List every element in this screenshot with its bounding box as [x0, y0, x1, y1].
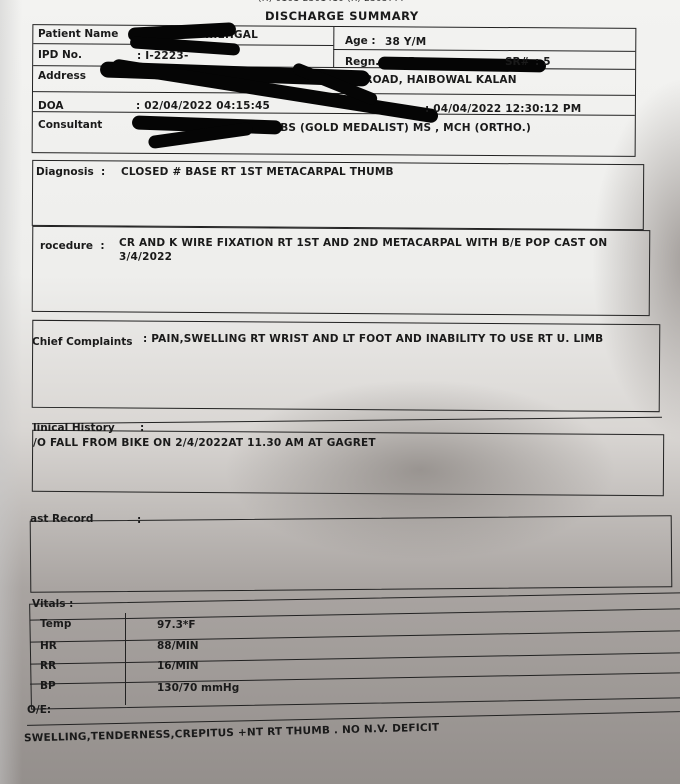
patient-info-box — [32, 24, 637, 157]
age-value: 38 Y/M — [385, 36, 426, 48]
vital-value-temp: 97.3*F — [157, 619, 196, 631]
vital-name-hr: HR — [40, 640, 57, 652]
examination-label: O/E: — [27, 704, 51, 716]
vital-name-bp: BP — [40, 680, 56, 692]
consultant-value: BBS (GOLD MEDALIST) MS , MCH (ORTHO.) — [272, 122, 531, 134]
dod-value: : 04/04/2022 12:30:12 PM — [425, 103, 581, 115]
complaints-label: Chief Complaints — [32, 336, 133, 348]
complaints-value: : PAIN,SWELLING RT WRIST AND LT FOOT AND… — [143, 333, 603, 345]
ipd-label: IPD No. — [38, 49, 82, 61]
procedure-label: rocedure : — [40, 240, 105, 252]
age-label: Age : — [345, 35, 376, 47]
vital-name-rr: RR — [40, 660, 56, 672]
doa-value: : 02/04/2022 04:15:45 — [136, 100, 270, 112]
doa-label: DOA — [38, 100, 64, 112]
sr-value: : 5 — [535, 56, 551, 68]
vital-name-temp: Temp — [40, 618, 71, 630]
procedure-value-line2: 3/4/2022 — [119, 251, 172, 263]
vital-value-rr: 16/MIN — [157, 660, 199, 672]
past-record-box — [30, 515, 673, 593]
past-record-colon: : — [137, 514, 141, 526]
ipd-value: : I-2223- — [137, 50, 189, 62]
history-label: linical History — [33, 422, 115, 434]
vital-value-hr: 88/MIN — [157, 640, 199, 652]
address-label: Address — [38, 70, 86, 82]
diagnosis-value: CLOSED # BASE RT 1ST METACARPAL THUMB — [121, 166, 394, 178]
patient-name-label: Patient Name — [38, 28, 118, 40]
header-contact: (H) 0161-2301410 (R) 2305777 — [258, 0, 406, 4]
document-title: DISCHARGE SUMMARY — [265, 9, 419, 23]
diagnosis-label: Diagnosis : — [36, 166, 105, 178]
consultant-label: Consultant — [38, 119, 102, 131]
past-record-label: ast Record — [30, 513, 93, 525]
sr-label: SR# — [505, 56, 529, 68]
procedure-value-line1: CR AND K WIRE FIXATION RT 1ST AND 2ND ME… — [119, 237, 607, 249]
history-colon: : — [140, 422, 144, 434]
examination-value: SWELLING,TENDERNESS,CREPITUS +NT RT THUM… — [24, 722, 440, 745]
history-value: /O FALL FROM BIKE ON 2/4/2022AT 11.30 AM… — [33, 437, 376, 449]
vital-value-bp: 130/70 mmHg — [157, 682, 239, 694]
vitals-label: Vitals : — [32, 598, 73, 610]
